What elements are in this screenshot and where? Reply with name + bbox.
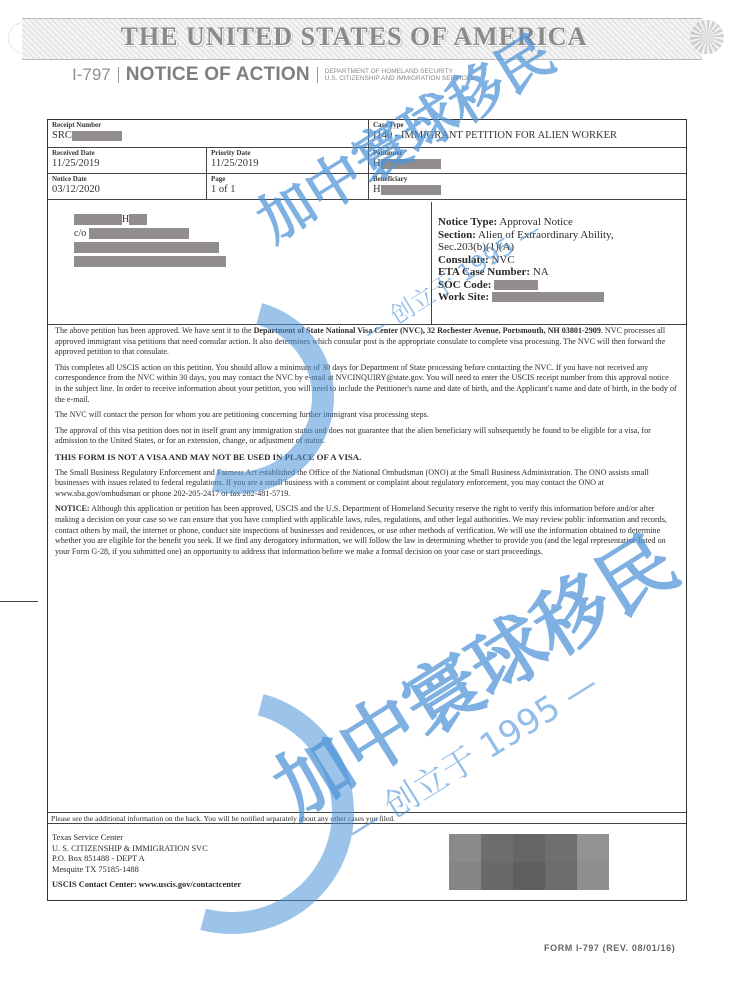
redaction [74, 256, 226, 267]
receipt-number-value: SRC [52, 130, 364, 142]
petitioner-cell: Petitioner H [369, 148, 686, 174]
redaction [381, 159, 441, 169]
contact-center-link[interactable]: USCIS Contact Center: www.uscis.gov/cont… [52, 880, 241, 891]
redaction [74, 242, 219, 253]
address-line-2: c/o [74, 227, 226, 241]
address-line-1: H [74, 213, 226, 227]
priority-date-label: Priority Date [211, 149, 364, 158]
form-revision: FORM I-797 (REV. 08/01/16) [544, 943, 675, 953]
notice-body: The above petition has been approved. We… [55, 326, 677, 562]
eta-case-row: ETA Case Number: NA [438, 266, 680, 279]
redaction [129, 214, 147, 225]
redaction [72, 131, 122, 141]
beneficiary-value: H [373, 184, 682, 196]
seal-right-ornament [690, 20, 724, 54]
paragraph-approval: The above petition has been approved. We… [55, 326, 677, 358]
service-center-address: Texas Service Center U. S. CITIZENSHIP &… [52, 833, 241, 891]
beneficiary-cell: Beneficiary H [369, 174, 686, 200]
case-type-label: Case Type [373, 121, 682, 130]
priority-date-cell: Priority Date 11/25/2019 [207, 148, 369, 174]
notice-date-value: 03/12/2020 [52, 184, 202, 196]
case-type-value: I140 - IMMIGRANT PETITION FOR ALIEN WORK… [373, 130, 682, 142]
petitioner-label: Petitioner [373, 149, 682, 158]
title-divider [118, 67, 119, 83]
notice-date-label: Notice Date [52, 175, 202, 184]
redaction [74, 214, 122, 225]
page-value: 1 of 1 [211, 184, 364, 196]
received-date-cell: Received Date 11/25/2019 [48, 148, 207, 174]
dept-line-1: DEPARTMENT OF HOMELAND SECURITY [325, 68, 475, 75]
received-date-label: Received Date [52, 149, 202, 158]
form-number: I-797 [72, 65, 111, 85]
paragraph-uscis-action: This completes all USCIS action on this … [55, 363, 677, 405]
page-label: Page [211, 175, 364, 184]
title-divider [317, 67, 318, 83]
not-a-visa-warning: THIS FORM IS NOT A VISA AND MAY NOT BE U… [55, 452, 677, 463]
receipt-number-cell: Receipt Number SRC [48, 120, 369, 148]
beneficiary-label: Beneficiary [373, 175, 682, 184]
page-cell: Page 1 of 1 [207, 174, 369, 200]
divider [48, 324, 686, 325]
additional-info-note: Please see the additional information on… [48, 812, 686, 824]
form-title: NOTICE OF ACTION [126, 64, 310, 86]
received-date-value: 11/25/2019 [52, 158, 202, 170]
paragraph-no-status: The approval of this visa petition does … [55, 426, 677, 447]
case-type-cell: Case Type I140 - IMMIGRANT PETITION FOR … [369, 120, 686, 148]
notice-type-row: Notice Type: Approval Notice [438, 216, 680, 229]
paragraph-notice: NOTICE: Although this application or pet… [55, 504, 677, 557]
mailing-address: H c/o [74, 213, 226, 269]
address-line-4 [74, 255, 226, 269]
notice-details-box: Notice Type: Approval Notice Section: Al… [431, 202, 686, 324]
redacted-barcode [449, 834, 609, 890]
section-continuation: Sec.203(b)(1)(A) [438, 241, 680, 254]
form-title-row: I-797 NOTICE OF ACTION DEPARTMENT OF HOM… [72, 64, 475, 86]
redaction [89, 228, 189, 239]
dept-line-2: U.S. CITIZENSHIP AND IMMIGRATION SERVICE… [325, 75, 475, 82]
sender-line: U. S. CITIZENSHIP & IMMIGRATION SVC [52, 844, 241, 855]
sender-line: P.O. Box 851488 - DEPT A [52, 854, 241, 865]
department-block: DEPARTMENT OF HOMELAND SECURITY U.S. CIT… [325, 68, 475, 82]
consulate-row: Consulate: NVC [438, 254, 680, 267]
petitioner-value: H [373, 158, 682, 170]
soc-code-row: SOC Code: [438, 279, 680, 292]
redaction [492, 292, 604, 302]
redaction [381, 185, 441, 195]
receipt-number-label: Receipt Number [52, 121, 364, 130]
notice-date-cell: Notice Date 03/12/2020 [48, 174, 207, 200]
sender-line: Mesquite TX 75185-1488 [52, 865, 241, 876]
address-line-3 [74, 241, 226, 255]
redaction [494, 280, 538, 290]
banner-title: THE UNITED STATES OF AMERICA [34, 22, 674, 52]
notice-form: Receipt Number SRC Case Type I140 - IMMI… [47, 119, 687, 901]
section-row: Section: Alien of Extraordinary Ability, [438, 229, 680, 242]
paragraph-ombudsman: The Small Business Regulatory Enforcemen… [55, 468, 677, 500]
margin-mark [0, 601, 38, 602]
paragraph-nvc-contact: The NVC will contact the person for whom… [55, 410, 677, 421]
sender-line: Texas Service Center [52, 833, 241, 844]
work-site-row: Work Site: [438, 291, 680, 304]
priority-date-value: 11/25/2019 [211, 158, 364, 170]
